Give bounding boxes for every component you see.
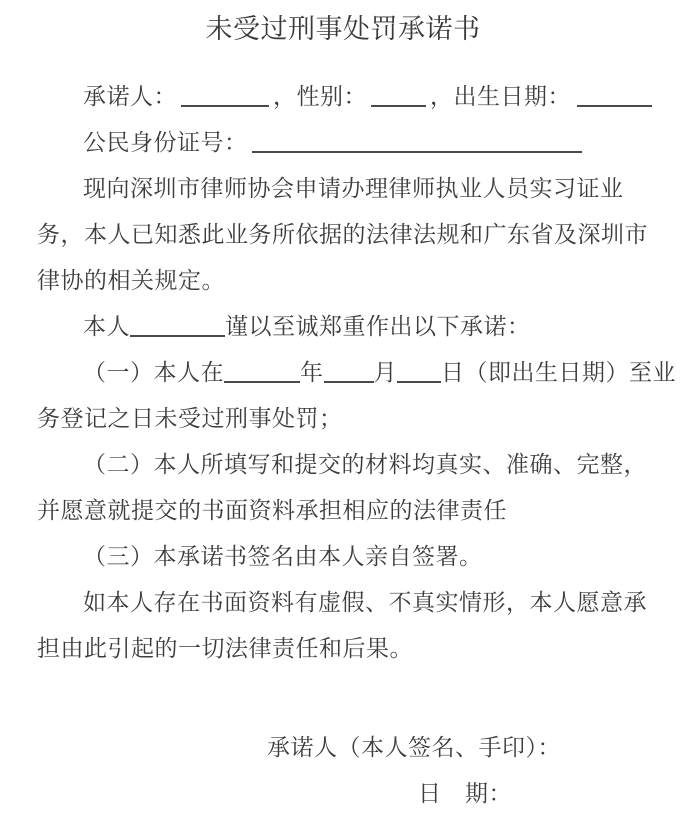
pledge-intro-suffix: 谨以至诚郑重作出以下承诺：	[225, 314, 531, 339]
id-number-label: 公民身份证号：	[83, 130, 248, 155]
birth-date-blank[interactable]	[577, 83, 652, 107]
id-number-blank[interactable]	[252, 129, 582, 153]
month-blank[interactable]	[324, 359, 374, 383]
gender-blank[interactable]	[371, 83, 426, 107]
item2-line-1: （二）本人所填写和提交的材料均真实、准确、完整，	[37, 442, 656, 488]
promiser-label: 承诺人：	[83, 84, 177, 109]
year-blank[interactable]	[224, 359, 300, 383]
day-suffix: 日（即出生日期）至业	[441, 360, 676, 385]
promiser-info-line: 承诺人：，性别：，出生日期：	[37, 74, 656, 120]
gender-label: ，性别：	[273, 84, 367, 109]
document-body: 承诺人：，性别：，出生日期： 公民身份证号： 现向深圳市律师协会申请办理律师执业…	[37, 74, 656, 817]
intro-line-3: 律协的相关规定。	[37, 258, 656, 304]
closing-line-1: 如本人存在书面资料有虚假、不真实情形，本人愿意承	[37, 580, 656, 626]
intro-line-2: 务，本人已知悉此业务所依据的法律法规和广东省及深圳市	[37, 212, 656, 258]
day-blank[interactable]	[397, 359, 441, 383]
item3-line: （三）本承诺书签名由本人亲自签署。	[37, 534, 656, 580]
signature-label: 承诺人（本人签名、手印）：	[267, 725, 656, 771]
document-title: 未受过刑事处罚承诺书	[0, 0, 686, 46]
year-label: 年	[300, 360, 324, 385]
pledge-intro-prefix: 本人	[83, 314, 130, 339]
item1-prefix: （一）本人在	[83, 360, 224, 385]
birth-date-label: ，出生日期：	[430, 84, 571, 109]
item1-line-1: （一）本人在年月日（即出生日期）至业	[37, 350, 656, 396]
document-page: 未受过刑事处罚承诺书 承诺人：，性别：，出生日期： 公民身份证号： 现向深圳市律…	[0, 0, 686, 829]
date-label: 日 期：	[418, 771, 656, 817]
id-number-line: 公民身份证号：	[37, 120, 656, 166]
month-label: 月	[374, 360, 398, 385]
pledger-name-blank[interactable]	[130, 313, 225, 337]
item2-line-2: 并愿意就提交的书面资料承担相应的法律责任	[37, 488, 656, 534]
promiser-name-blank[interactable]	[181, 83, 269, 107]
closing-line-2: 担由此引起的一切法律责任和后果。	[37, 626, 656, 672]
item1-line-2: 务登记之日未受过刑事处罚；	[37, 396, 656, 442]
intro-line-1: 现向深圳市律师协会申请办理律师执业人员实习证业	[37, 166, 656, 212]
pledge-intro-line: 本人谨以至诚郑重作出以下承诺：	[37, 304, 656, 350]
